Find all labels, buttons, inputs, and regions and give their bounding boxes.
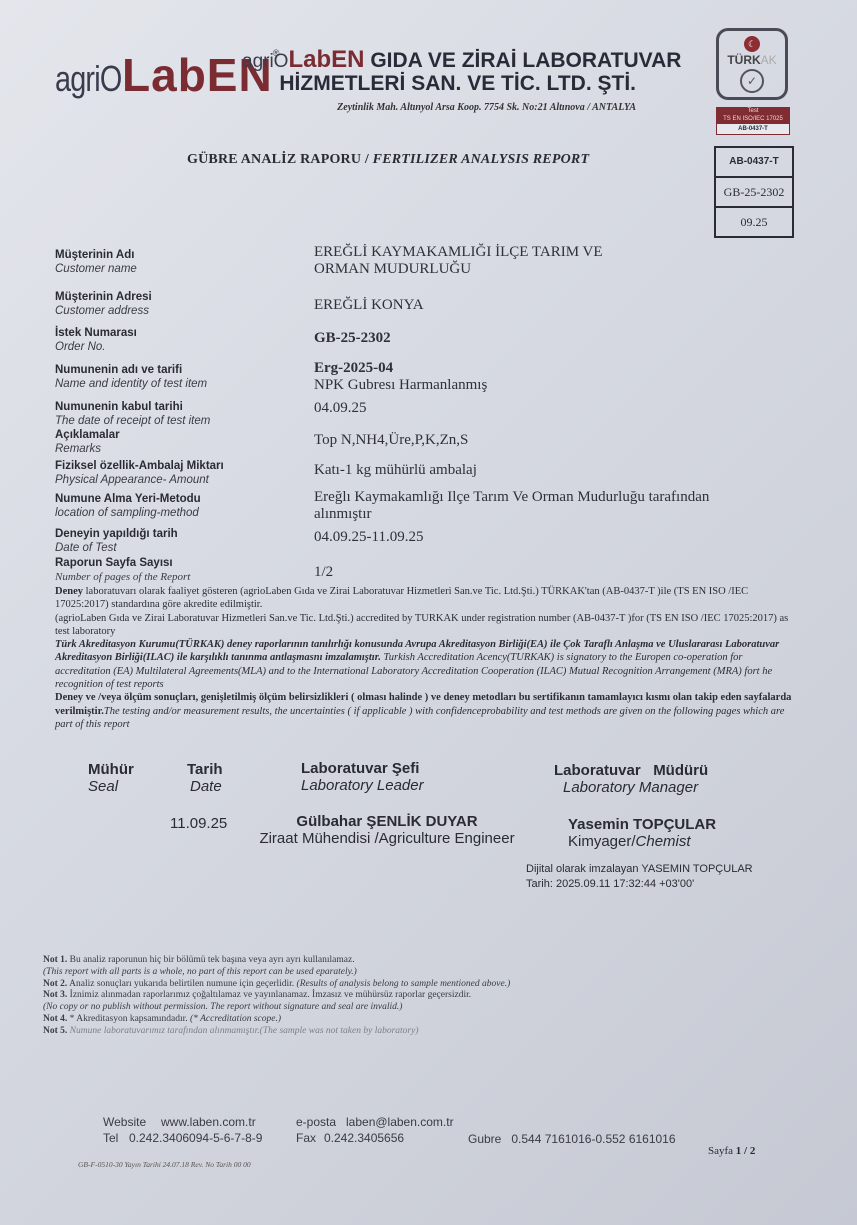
value-receipt-date: 04.09.25 (314, 400, 774, 417)
value-physical-appearance: Katı-1 kg mühürlü ambalaj (314, 462, 774, 479)
seal-label: MühürSeal (88, 761, 134, 795)
accreditation-code: AB-0437-T (716, 123, 790, 135)
page-number: Sayfa 1 / 2 (708, 1145, 755, 1157)
label-page-count: Raporun Sayfa SayısıNumber of pages of t… (55, 556, 190, 584)
lab-manager-title: Laboratuvar MüdürüLaboratory Manager (554, 762, 708, 796)
notes: Not 1. Bu analiz raporunun hiç bir bölüm… (43, 955, 763, 1038)
company-name-line2: HİZMETLERİ SAN. VE TİC. LTD. ŞTİ. (242, 72, 636, 96)
report-id-box: AB-0437-T GB-25-2302 09.25 (714, 146, 794, 238)
label-customer-name: Müşterinin AdıCustomer name (55, 248, 137, 276)
label-order-no: İstek NumarasıOrder No. (55, 326, 137, 354)
company-header: agriOLabEN GIDA VE ZİRAİ LABORATUVAR HİZ… (242, 46, 642, 113)
accreditation-band: Test TS EN ISO/IEC 17025 (716, 107, 790, 123)
digital-signature: Dijital olarak imzalayan YASEMIN TOPÇULA… (526, 862, 753, 892)
footer-contact: Websitewww.laben.com.tre-postalaben@labe… (103, 1114, 454, 1146)
lab-leader-signatory: Gülbahar ŞENLİK DUYARZiraat Mühendisi /A… (256, 813, 518, 847)
report-title: GÜBRE ANALİZ RAPORU / FERTILIZER ANALYSI… (187, 152, 589, 168)
report-number: GB-25-2302 (716, 178, 792, 208)
note-2: Not 2. Analiz sonuçları yukarıda belirti… (43, 979, 763, 991)
note-5: Not 5. Numune laboratuvarımız tarafından… (43, 1026, 763, 1038)
label-test-date: Deneyin yapıldığı tarihDate of Test (55, 527, 178, 555)
value-sampling-method: Ereğlı Kaymakamlığı Ilçe Tarım Ve Orman … (314, 489, 774, 523)
date-label: TarihDate (187, 761, 223, 795)
check-circle-icon: ✓ (740, 69, 764, 93)
label-sampling-method: Numune Alma Yeri-Metodulocation of sampl… (55, 492, 201, 520)
note-3: Not 3. İznimiz alınmadan raporlarımız ço… (43, 990, 763, 1002)
value-customer-address: EREĞLİ KONYA (314, 297, 774, 314)
signature-date: 11.09.25 (170, 815, 227, 832)
turkak-crescent-icon: ☾ (744, 36, 760, 52)
value-test-item: Erg-2025-04NPK Gubresı Harmanlanmış (314, 360, 774, 394)
form-code: GB-F-0510-30 Yayın Tarihi 24.07.18 Rev. … (78, 1160, 251, 1169)
lab-manager-signatory: Yasemin TOPÇULAR Kimyager/Chemist (568, 816, 716, 850)
report-date: 09.25 (716, 208, 792, 236)
label-test-item: Numunenin adı ve tarifiName and identity… (55, 363, 207, 391)
label-receipt-date: Numunenin kabul tarihiThe date of receip… (55, 400, 210, 428)
company-name-line1: agriOLabEN GIDA VE ZİRAİ LABORATUVAR (242, 46, 642, 74)
label-physical-appearance: Fiziksel özellik-Ambalaj MiktarıPhysical… (55, 459, 224, 487)
accreditation-statement: Deney laboratuvarı olarak faaliyet göste… (55, 585, 795, 731)
value-order-no: GB-25-2302 (314, 330, 774, 347)
company-address: Zeytinlik Mah. Altınyol Arsa Koop. 7754 … (242, 102, 636, 113)
value-test-date: 04.09.25-11.09.25 (314, 529, 774, 546)
email-link[interactable]: laben@laben.com.tr (346, 1114, 454, 1130)
accreditation-number: AB-0437-T (716, 148, 792, 178)
lab-leader-title: Laboratuvar ŞefiLaboratory Leader (301, 760, 424, 794)
label-customer-address: Müşterinin AdresiCustomer address (55, 290, 152, 318)
website-link[interactable]: www.laben.com.tr (161, 1114, 296, 1130)
turkak-badge: ☾ TÜRKAK ✓ (716, 28, 788, 100)
value-remarks: Top N,NH4,Üre,P,K,Zn,S (314, 432, 774, 449)
fertilizer-phone: Gubre 0.544 7161016-0.552 6161016 (468, 1132, 676, 1146)
value-customer-name: EREĞLİ KAYMAKAMLIĞI İLÇE TARIM VEORMAN M… (314, 244, 774, 278)
value-page-count: 1/2 (314, 564, 774, 581)
note-4: Not 4. * Akreditasyon kapsamındadır. (* … (43, 1014, 763, 1026)
label-remarks: AçıklamalarRemarks (55, 428, 120, 456)
note-1: Not 1. Bu analiz raporunun hiç bir bölüm… (43, 955, 763, 967)
